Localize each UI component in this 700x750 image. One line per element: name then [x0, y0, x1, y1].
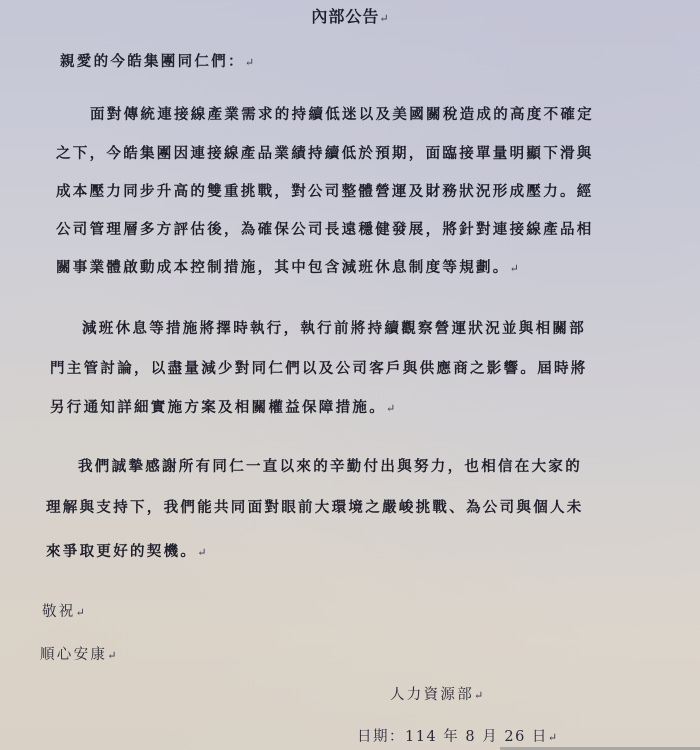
- signature: 人力資源部↵: [390, 683, 483, 704]
- closing-wish-text: 順心安康: [40, 647, 107, 663]
- paragraph-line: 成本壓力同步升高的雙重挑戰，對公司整體營運及財務狀況形成壓力。經: [56, 180, 594, 201]
- paragraph-line: 面對傳統連接線產業需求的持續低迷以及美國關稅造成的高度不確定: [90, 103, 594, 124]
- paragraph-line: 公司管理層多方評估後，為確保公司長遠穩健發展，將針對連接線產品相: [56, 218, 594, 239]
- document-title: 內部公告↵: [0, 4, 700, 27]
- paragraph-line: 減班休息等措施將擇時執行，執行前將持續觀察營運狀況並與相關部: [82, 317, 586, 338]
- paragraph-line-text: 另行通知詳細實施方案及相關權益保障措施。: [50, 399, 386, 416]
- paragraph-mark-icon: ↵: [107, 649, 116, 662]
- paragraph-mark-icon: ↵: [548, 731, 557, 744]
- paragraph-mark-icon: ↵: [379, 12, 388, 25]
- date-line: 日期：114 年 8 月 26 日↵: [357, 725, 557, 746]
- paragraph-line-text: 來爭取更好的契機。: [46, 543, 197, 560]
- paragraph-line-text: 關事業體啟動成本控制措施，其中包含減班休息制度等規劃。: [56, 259, 510, 276]
- paragraph-mark-icon: ↵: [510, 262, 519, 275]
- paragraph-line-last: 另行通知詳細實施方案及相關權益保障措施。↵: [50, 396, 395, 417]
- paragraph-mark-icon: ↵: [245, 56, 254, 69]
- closing-wish: 順心安康↵: [40, 643, 116, 664]
- salutation: 親愛的今皓集團同仁們：↵: [60, 50, 254, 71]
- closing-greeting: 敬祝↵: [42, 600, 85, 621]
- paragraph-mark-icon: ↵: [76, 606, 85, 619]
- paragraph-line-last: 關事業體啟動成本控制措施，其中包含減班休息制度等規劃。↵: [56, 256, 519, 277]
- paragraph-mark-icon: ↵: [474, 689, 483, 702]
- paragraph-line: 之下，今皓集團因連接線產品業績持續低於預期，面臨接單量明顯下滑與: [56, 142, 594, 163]
- paragraph-line: 門主管討論，以盡量減少對同仁們以及公司客戶與供應商之影響。屆時將: [50, 357, 588, 378]
- paragraph-mark-icon: ↵: [197, 546, 206, 559]
- signature-text: 人力資源部: [390, 687, 474, 703]
- closing-greeting-text: 敬祝: [42, 604, 76, 620]
- paragraph-mark-icon: ↵: [386, 402, 395, 415]
- date-value: 114 年 8 月 26 日: [405, 729, 548, 745]
- salutation-text: 親愛的今皓集團同仁們：: [60, 53, 245, 70]
- title-text: 內部公告: [311, 7, 379, 26]
- paragraph-line-last: 來爭取更好的契機。↵: [46, 540, 206, 561]
- paragraph-line: 理解與支持下，我們能共同面對眼前大環境之嚴峻挑戰、為公司與個人未: [46, 496, 584, 517]
- date-label: 日期：: [357, 729, 405, 745]
- paragraph-line: 我們誠摯感謝所有同仁一直以來的辛勤付出與努力，也相信在大家的: [78, 455, 582, 476]
